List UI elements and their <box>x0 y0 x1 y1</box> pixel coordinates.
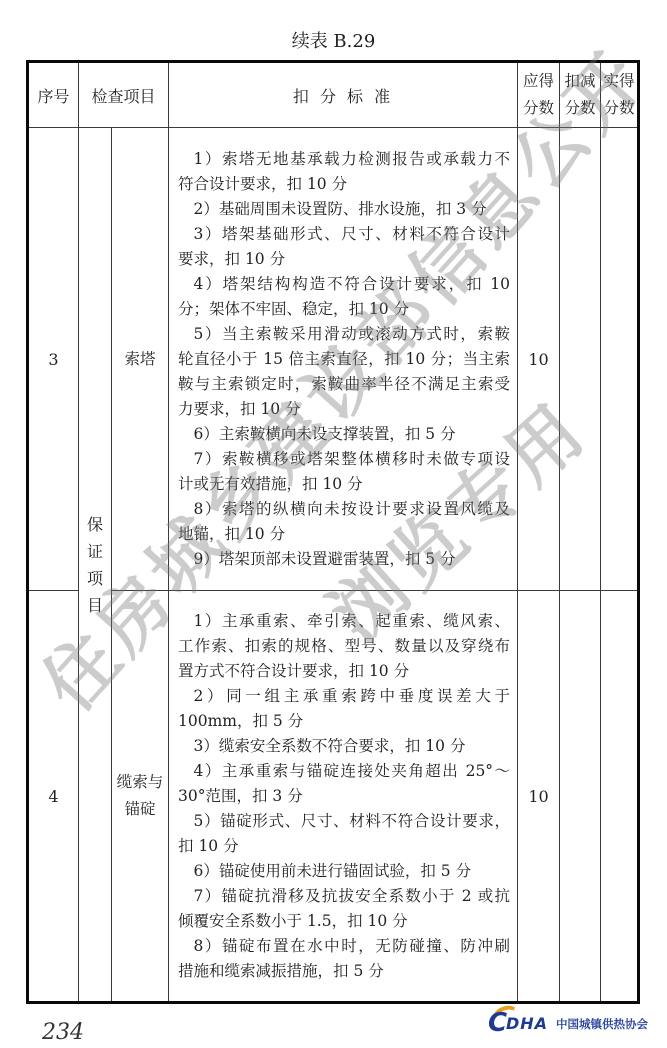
criteria-line: 4）主承重索与锚碇连接处夹角超出 25°～ <box>178 759 510 784</box>
header-deducted-score-line1: 扣减 <box>560 68 600 95</box>
group-label-char: 保 <box>79 511 111 538</box>
criteria-line: 9）塔架顶部未设置避雷装置，扣 5 分 <box>178 547 510 572</box>
criteria-line: 扣 10 分 <box>178 834 510 859</box>
criteria-line: 8）索塔的纵横向未按设计要求设置风缆及 <box>178 497 510 522</box>
header-due-score-line2: 分数 <box>518 95 559 122</box>
criteria-line: 4）塔架结构构造不符合设计要求，扣 10 <box>178 272 510 297</box>
group-label-char: 项 <box>79 565 111 592</box>
criteria-line: 1）索塔无地基承载力检测报告或承载力不 <box>178 147 510 172</box>
criteria-line: 5）锚碇形式、尺寸、材料不符合设计要求， <box>178 809 510 834</box>
table-header-row: 序号 检查项目 扣 分 标 准 应得 分数 扣减 分数 实得 分数 <box>28 62 639 128</box>
criteria-line: 8）锚碇布置在水中时，无防碰撞、防冲刷 <box>178 934 510 959</box>
header-deducted-score-line2: 分数 <box>560 95 600 122</box>
row-check-item: 缆索与 锚碇 <box>112 591 169 1003</box>
table-title: 续表 B.29 <box>0 30 667 54</box>
table-row: 3 保 证 项 目 索塔 1）索塔无地基承载力检测报告或承载力不 符合设计要求，… <box>28 128 639 591</box>
row-seq: 4 <box>28 591 79 1003</box>
criteria-line: 5）当主索鞍采用滑动或滚动方式时，索鞍 <box>178 322 510 347</box>
criteria-line: 7）锚碇抗滑移及抗拔安全系数小于 2 或抗 <box>178 884 510 909</box>
row-deducted-score <box>560 128 601 591</box>
criteria-line: 置方式不符合设计要求，扣 10 分 <box>178 659 510 684</box>
header-criteria: 扣 分 标 准 <box>169 62 518 128</box>
criteria-line: 计或无有效措施，扣 10 分 <box>178 472 510 497</box>
row-seq: 3 <box>28 128 79 591</box>
header-seq: 序号 <box>28 62 79 128</box>
row-actual-score <box>601 591 639 1003</box>
criteria-list: 1）索塔无地基承载力检测报告或承载力不 符合设计要求，扣 10 分 2）基础周围… <box>169 147 517 572</box>
criteria-line: 3）塔架基础形式、尺寸、材料不符合设计 <box>178 222 510 247</box>
header-actual-score-line2: 分数 <box>601 95 637 122</box>
criteria-line: 7）索鞍横移或塔架整体横移时未做专项设 <box>178 447 510 472</box>
header-actual-score-line1: 实得 <box>601 68 637 95</box>
group-label-char: 证 <box>79 538 111 565</box>
header-deducted-score: 扣减 分数 <box>560 62 601 128</box>
check-item-line: 缆索与 <box>112 769 168 796</box>
criteria-line: 力要求，扣 10 分 <box>178 397 510 422</box>
row-due-score: 10 <box>518 128 560 591</box>
criteria-line: 分；架体不牢固、稳定，扣 10 分 <box>178 297 510 322</box>
row-check-item: 索塔 <box>112 128 169 591</box>
criteria-line: 2）基础周围未设置防、排水设施，扣 3 分 <box>178 197 510 222</box>
row-deducted-score <box>560 591 601 1003</box>
header-check-item: 检查项目 <box>79 62 169 128</box>
row-criteria: 1）索塔无地基承载力检测报告或承载力不 符合设计要求，扣 10 分 2）基础周围… <box>169 128 518 591</box>
group-label-guarantee-items: 保 证 项 目 <box>79 128 112 1003</box>
header-due-score-line1: 应得 <box>518 68 559 95</box>
criteria-line: 措施和缆索减振措施，扣 5 分 <box>178 959 510 984</box>
criteria-line: 2）同一组主承重索跨中垂度误差大于 <box>178 684 510 709</box>
criteria-line: 工作索、扣索的规格、型号、数量以及穿绕布 <box>178 634 510 659</box>
criteria-line: 要求，扣 10 分 <box>178 247 510 272</box>
group-label-char: 目 <box>79 592 111 619</box>
criteria-list: 1）主承重索、牵引索、起重索、缆风索、 工作索、扣索的规格、型号、数量以及穿绕布… <box>169 609 517 984</box>
cdha-logo: C DHA 中国城镇供热协会 <box>486 1004 656 1036</box>
criteria-line: 轮直径小于 15 倍主索直径，扣 10 分；当主索 <box>178 347 510 372</box>
logo-c-mark: C <box>488 1010 507 1036</box>
criteria-line: 100mm，扣 5 分 <box>178 709 510 734</box>
row-due-score: 10 <box>518 591 560 1003</box>
criteria-line: 鞍与主索锁定时，索鞍曲率半径不满足主索受 <box>178 372 510 397</box>
check-item-line: 锚碇 <box>112 796 168 823</box>
page-number: 234 <box>42 1020 84 1045</box>
criteria-line: 倾覆安全系数小于 1.5，扣 10 分 <box>178 909 510 934</box>
criteria-line: 6）锚碇使用前未进行锚固试验，扣 5 分 <box>178 859 510 884</box>
header-due-score: 应得 分数 <box>518 62 560 128</box>
criteria-line: 地锚，扣 10 分 <box>178 522 510 547</box>
criteria-line: 3）缆索安全系数不符合要求，扣 10 分 <box>178 734 510 759</box>
criteria-line: 1）主承重索、牵引索、起重索、缆风索、 <box>178 609 510 634</box>
logo-org-name: 中国城镇供热协会 <box>556 1015 648 1033</box>
inspection-score-table: 序号 检查项目 扣 分 标 准 应得 分数 扣减 分数 实得 分数 3 保 证 … <box>26 60 640 1004</box>
criteria-line: 6）主索鞍横向未设支撑装置，扣 5 分 <box>178 422 510 447</box>
criteria-line: 符合设计要求，扣 10 分 <box>178 172 510 197</box>
table-row: 4 缆索与 锚碇 1）主承重索、牵引索、起重索、缆风索、 工作索、扣索的规格、型… <box>28 591 639 1003</box>
header-actual-score: 实得 分数 <box>601 62 639 128</box>
check-item-line: 索塔 <box>112 346 168 373</box>
criteria-line: 30°范围，扣 3 分 <box>178 784 510 809</box>
logo-mark-text: DHA <box>506 1015 548 1033</box>
row-criteria: 1）主承重索、牵引索、起重索、缆风索、 工作索、扣索的规格、型号、数量以及穿绕布… <box>169 591 518 1003</box>
row-actual-score <box>601 128 639 591</box>
